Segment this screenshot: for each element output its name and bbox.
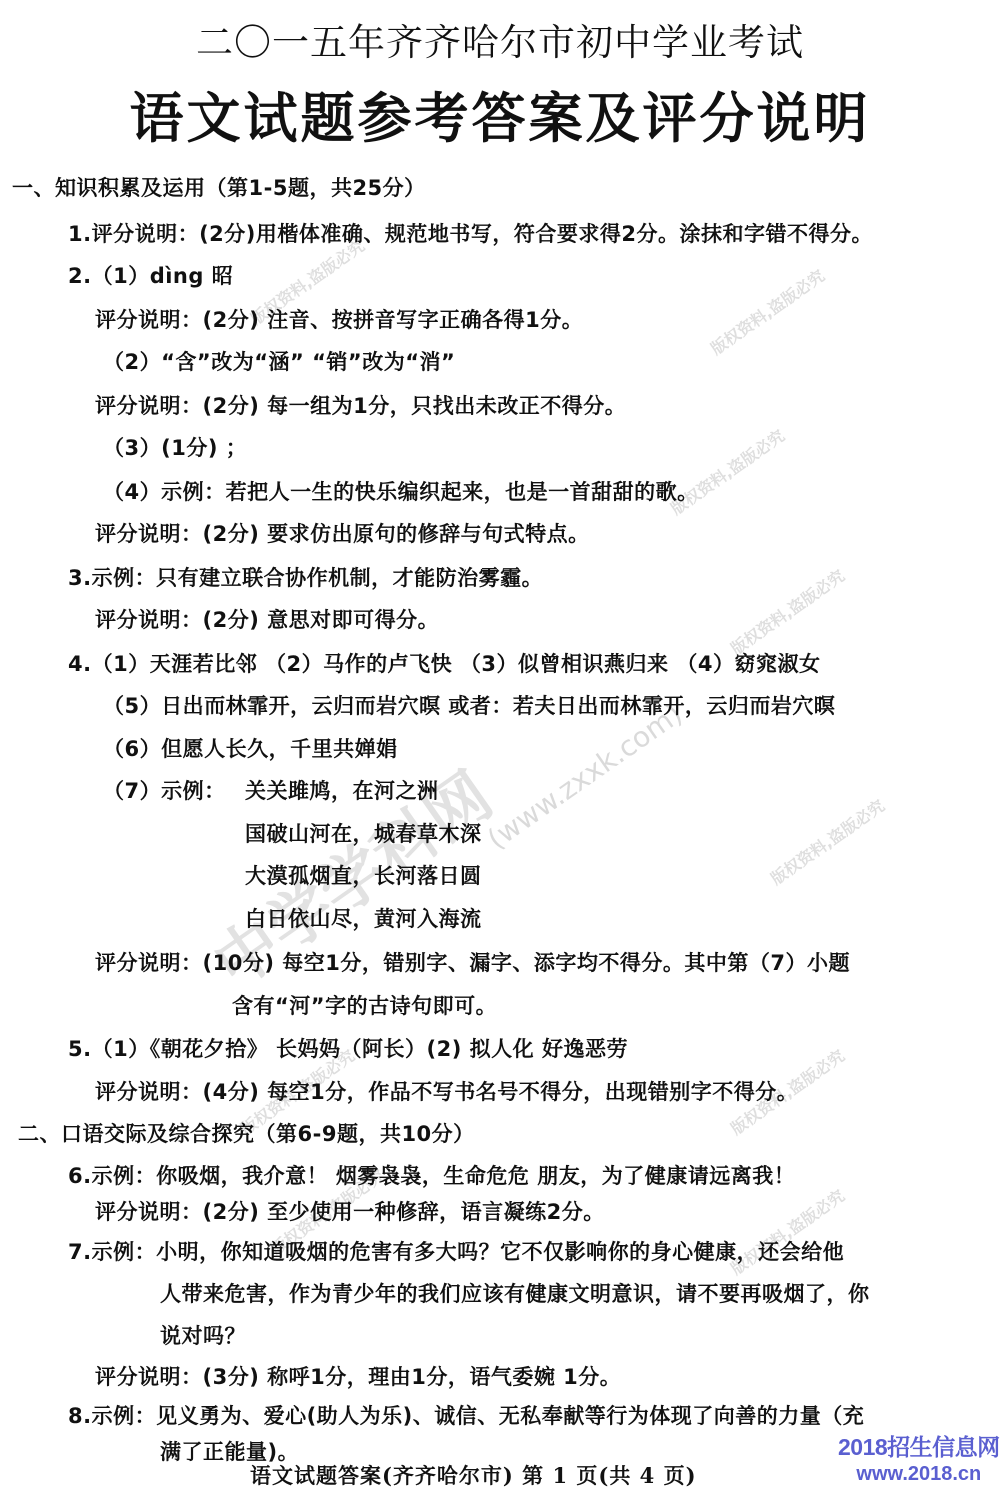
scoring-note-q7: 评分说明：(3分) 称呼1分，理由1分，语气委婉 1分。	[95, 1361, 621, 1391]
answer-q2-3: （3）(1分) ；	[103, 432, 247, 462]
scoring-note-q4: 评分说明：(10分) 每空1分，错别字、漏字、添字均不得分。其中第（7）小题	[95, 947, 850, 977]
poem-line: 关关雎鸠，在河之洲	[245, 775, 439, 805]
answer-q3: 3.示例：只有建立联合协作机制，才能防治雾霾。	[68, 562, 543, 592]
answer-q4-line3: （6）但愿人长久，千里共婵娟	[103, 733, 398, 763]
answer-q7-line2: 人带来危害，作为青少年的我们应该有健康文明意识，请不要再吸烟了，你	[160, 1278, 870, 1308]
scoring-note-q3: 评分说明：(2分) 意思对即可得分。	[95, 604, 439, 634]
answer-q7-line1: 7.示例：小明，你知道吸烟的危害有多大吗？它不仅影响你的身心健康，还会给他	[68, 1236, 844, 1266]
document-title: 语文试题参考答案及评分说明	[0, 76, 1000, 153]
scoring-note-q5: 评分说明：(4分) 每空1分，作品不写书名号不得分，出现错别字不得分。	[95, 1076, 798, 1106]
answer-q4-7-label: （7）示例：	[103, 775, 226, 805]
answer-q4-line1: 4.（1）天涯若比邻 （2）马作的卢飞快 （3）似曾相识燕归来 （4）窈窕淑女	[68, 648, 820, 678]
answer-q5: 5.（1）《朝花夕拾》 长妈妈（阿长）(2) 拟人化 好逸恶劳	[68, 1033, 628, 1063]
brand-name: 2018招生信息网	[838, 1433, 1000, 1461]
scoring-note-q4-cont: 含有“河”字的古诗句即可。	[232, 990, 497, 1020]
answer-sheet-page: 中学学科网 (www.zxxk.com) 版权资料,盗版必究 版权资料,盗版必究…	[0, 0, 1000, 1502]
poem-line: 白日依山尽，黄河入海流	[245, 903, 482, 933]
poem-line: 国破山河在，城春草木深	[245, 818, 482, 848]
section-heading-1: 一、知识积累及运用（第1-5题，共25分）	[12, 172, 426, 202]
answer-q4-line2: （5）日出而林霏开，云归而岩穴暝 或者：若夫日出而林霏开，云归而岩穴暝	[103, 690, 835, 720]
scoring-note-q2-4: 评分说明：(2分) 要求仿出原句的修辞与句式特点。	[95, 518, 590, 548]
scoring-note-q6: 评分说明：(2分) 至少使用一种修辞，语言凝练2分。	[95, 1196, 605, 1226]
watermark-small: 版权资料,盗版必究	[766, 794, 889, 890]
answer-q2-2: （2）“含”改为“涵” “销”改为“消”	[103, 346, 455, 376]
answer-q8-line1: 8.示例：见义勇为、爱心(助人为乐)、诚信、无私奉献等行为体现了向善的力量（充	[68, 1400, 864, 1430]
page-footer: 语文试题答案(齐齐哈尔市) 第 1 页(共 4 页)	[250, 1460, 697, 1490]
answer-q2-4: （4）示例：若把人一生的快乐编织起来，也是一首甜甜的歌。	[103, 476, 699, 506]
watermark-small: 版权资料,盗版必究	[726, 564, 849, 660]
exam-title: 二〇一五年齐齐哈尔市初中学业考试	[0, 12, 1000, 66]
watermark-url: (www.zxxk.com)	[481, 697, 688, 856]
answer-q6: 6.示例：你吸烟，我介意！ 烟雾袅袅，生命危危 朋友，为了健康请远离我！	[68, 1160, 795, 1190]
scoring-note-q2-2: 评分说明：(2分) 每一组为1分，只找出未改正不得分。	[95, 390, 626, 420]
answer-q1: 1.评分说明：(2分)用楷体准确、规范地书写，符合要求得2分。涂抹和字错不得分。	[68, 218, 873, 248]
brand-watermark: 2018招生信息网 www.2018.cn	[838, 1433, 1000, 1487]
answer-q2-1: 2.（1）dìng 昭	[68, 260, 233, 290]
brand-url[interactable]: www.2018.cn	[838, 1461, 1000, 1487]
watermark-small: 版权资料,盗版必究	[706, 264, 829, 360]
section-heading-2: 二、口语交际及综合探究（第6-9题，共10分）	[18, 1118, 475, 1148]
poem-line: 大漠孤烟直，长河落日圆	[245, 860, 482, 890]
scoring-note-q2-1: 评分说明：(2分) 注音、按拼音写字正确各得1分。	[95, 304, 583, 334]
answer-q7-line3: 说对吗？	[160, 1320, 246, 1350]
